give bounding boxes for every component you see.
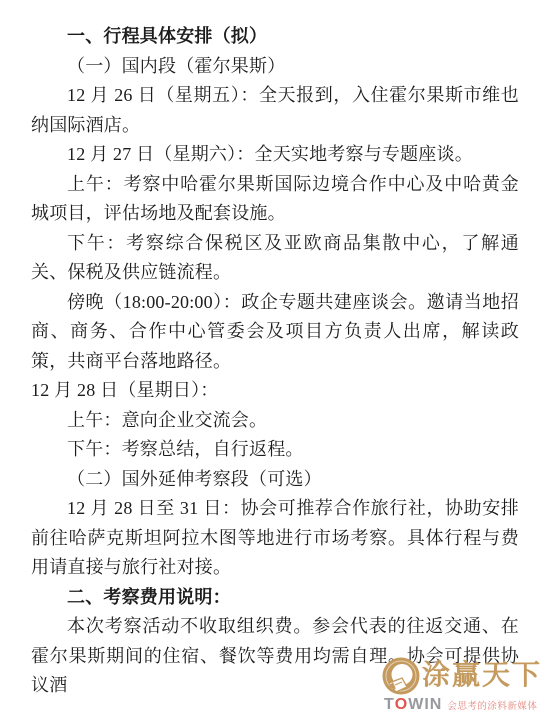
paragraph-dec28-morning: 上午：意向企业交流会。 (31, 406, 519, 436)
document-page: 一、行程具体安排（拟） （一）国内段（霍尔果斯） 12 月 26 日（星期五）：… (0, 0, 545, 717)
paragraph-dec27-morning: 上午：考察中哈霍尔果斯国际边境合作中心及中哈黄金城项目，评估场地及配套设施。 (31, 170, 519, 229)
watermark-brand-row: 涂赢天下 (381, 655, 545, 697)
document-body: 一、行程具体安排（拟） （一）国内段（霍尔果斯） 12 月 26 日（星期五）：… (31, 22, 519, 701)
paragraph-dec28-afternoon: 下午：考察总结，自行返程。 (31, 435, 519, 465)
section-1-heading: 一、行程具体安排（拟） (31, 22, 519, 52)
watermark-tagline: 会思考的涂料新媒体 (447, 698, 537, 712)
towin-watermark: 涂赢天下 T O WIN 会思考的涂料新媒体 (381, 655, 545, 715)
towin-letter-t: T (384, 696, 395, 714)
section-2-heading: 二、考察费用说明： (31, 583, 519, 613)
towin-letter-o: O (395, 696, 408, 714)
paragraph-dec27-evening: 傍晚（18:00-20:00）：政企专题共建座谈会。邀请当地招商、商务、合作中心… (31, 288, 519, 377)
towin-letters-win: WIN (408, 696, 442, 714)
paragraph-dec28-31: 12 月 28 日至 31 日：协会可推荐合作旅行社，协助安排前往哈萨克斯坦阿拉… (31, 494, 519, 583)
paragraph-domestic-subheading: （一）国内段（霍尔果斯） (31, 52, 519, 82)
watermark-brand-text: 涂赢天下 (422, 656, 542, 696)
watermark-latin-row: T O WIN 会思考的涂料新媒体 (384, 696, 545, 714)
paragraph-dec27-afternoon: 下午：考察综合保税区及亚欧商品集散中心，了解通关、保税及供应链流程。 (31, 229, 519, 288)
towin-brush-ring-icon (381, 656, 421, 696)
paragraph-dec27: 12 月 27 日（星期六）：全天实地考察与专题座谈。 (31, 140, 519, 170)
paragraph-overseas-subheading: （二）国外延伸考察段（可选） (31, 465, 519, 495)
paragraph-dec28: 12 月 28 日（星期日）： (31, 376, 519, 406)
paragraph-dec26: 12 月 26 日（星期五）：全天报到，入住霍尔果斯市维也纳国际酒店。 (31, 81, 519, 140)
